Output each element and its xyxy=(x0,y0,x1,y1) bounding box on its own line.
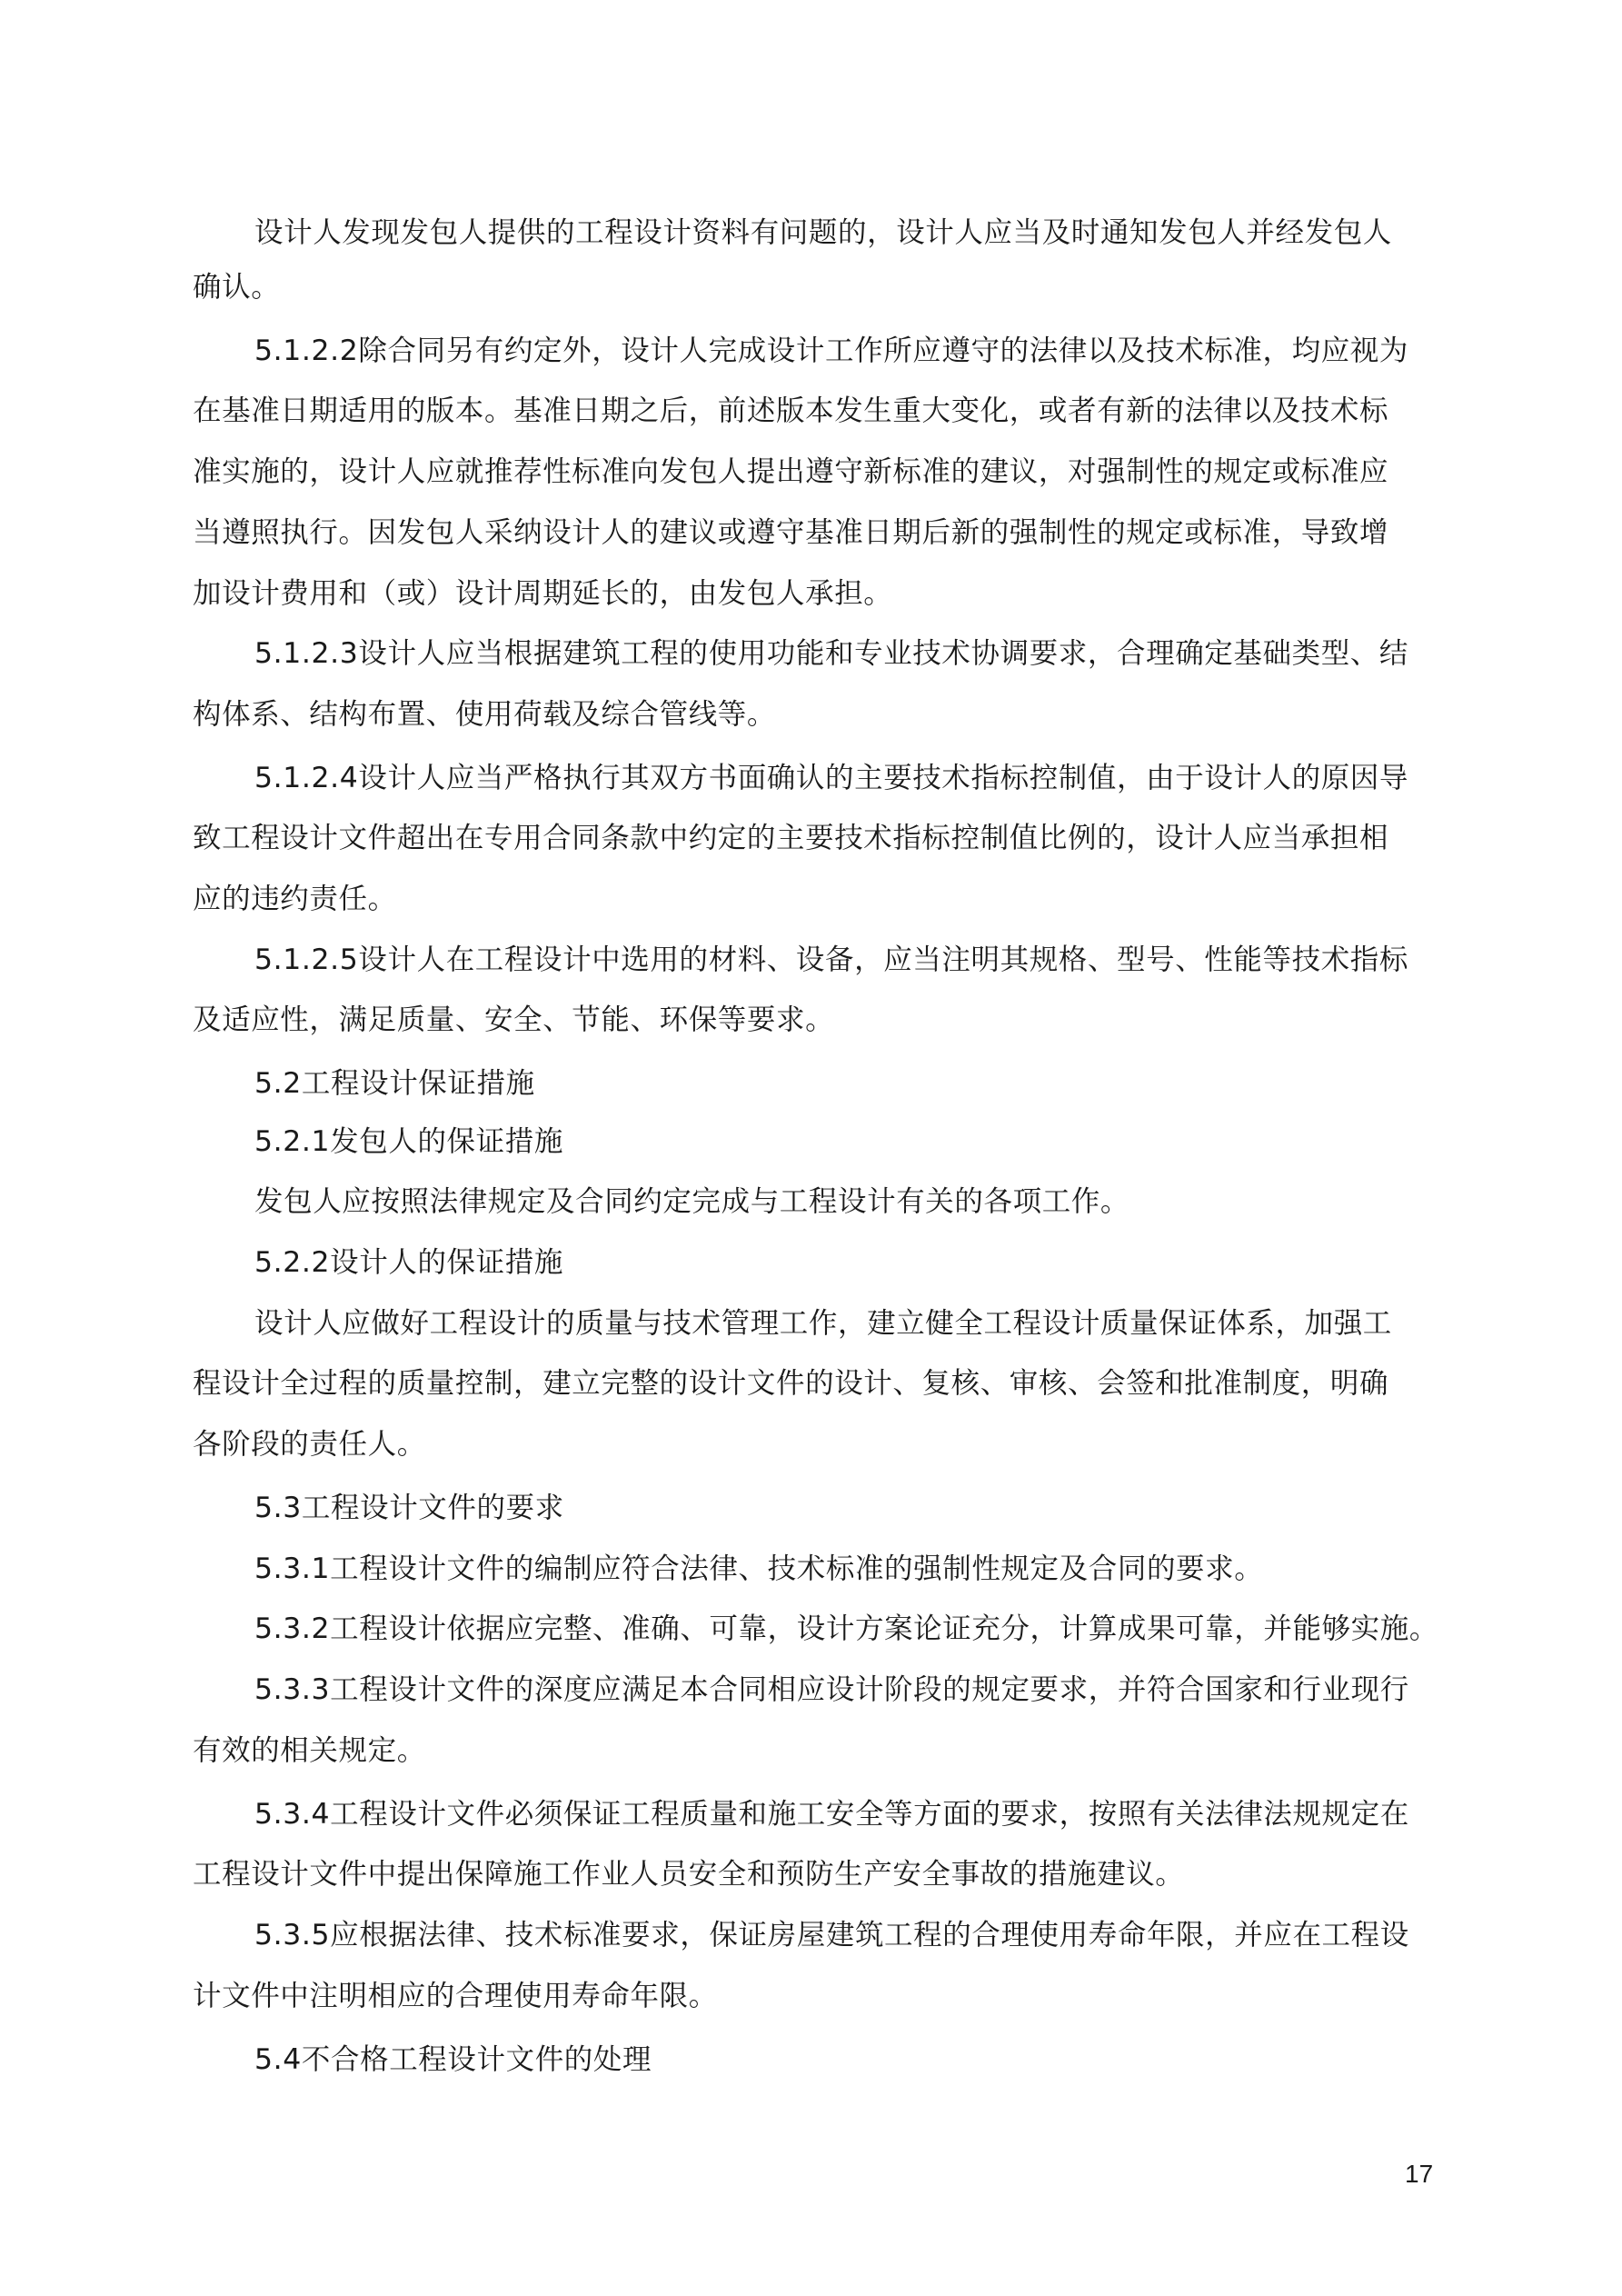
text-line: 发包人应按照法律规定及合同约定完成与工程设计有关的各项工作。 xyxy=(254,1183,1129,1220)
text-line: 5.4不合格工程设计文件的处理 xyxy=(254,2041,652,2078)
text-line: 5.3.3工程设计文件的深度应满足本合同相应设计阶段的规定要求，并符合国家和行业… xyxy=(254,1672,1409,1708)
text-line: 加设计费用和（或）设计周期延长的，由发包人承担。 xyxy=(193,575,892,612)
text-line: 5.3.4工程设计文件必须保证工程质量和施工安全等方面的要求，按照有关法律法规规… xyxy=(254,1796,1409,1832)
text-line: 5.1.2.2除合同另有约定外，设计人完成设计工作所应遵守的法律以及技术标准，均… xyxy=(254,333,1408,369)
text-line: 构体系、结构布置、使用荷载及综合管线等。 xyxy=(193,696,776,733)
text-line: 及适应性，满足质量、安全、节能、环保等要求。 xyxy=(193,1002,834,1038)
text-line: 计文件中注明相应的合理使用寿命年限。 xyxy=(193,1978,718,2014)
text-line: 设计人应做好工程设计的质量与技术管理工作，建立健全工程设计质量保证体系，加强工 xyxy=(254,1305,1392,1342)
text-line: 5.1.2.4设计人应当严格执行其双方书面确认的主要技术指标控制值，由于设计人的… xyxy=(254,760,1408,796)
text-line: 5.1.2.3设计人应当根据建筑工程的使用功能和专业技术协调要求，合理确定基础类… xyxy=(254,635,1408,672)
text-line: 5.2工程设计保证措施 xyxy=(254,1065,535,1102)
text-line: 当遵照执行。因发包人采纳设计人的建议或遵守基准日期后新的强制性的规定或标准，导致… xyxy=(193,514,1388,551)
text-line: 准实施的，设计人应就推荐性标准向发包人提出遵守新标准的建议，对强制性的规定或标准… xyxy=(193,454,1388,490)
text-line: 致工程设计文件超出在专用合同条款中约定的主要技术指标控制值比例的，设计人应当承担… xyxy=(193,820,1388,856)
text-line: 在基准日期适用的版本。基准日期之后，前述版本发生重大变化，或者有新的法律以及技术… xyxy=(193,393,1388,429)
text-line: 确认。 xyxy=(193,269,280,305)
text-line: 5.3.5应根据法律、技术标准要求，保证房屋建筑工程的合理使用寿命年限，并应在工… xyxy=(254,1917,1409,1953)
text-line: 5.3工程设计文件的要求 xyxy=(254,1490,564,1526)
text-line: 设计人发现发包人提供的工程设计资料有问题的，设计人应当及时通知发包人并经发包人 xyxy=(254,215,1392,251)
text-line: 5.2.1发包人的保证措施 xyxy=(254,1123,563,1160)
text-line: 应的违约责任。 xyxy=(193,881,397,917)
text-line: 5.3.1工程设计文件的编制应符合法律、技术标准的强制性规定及合同的要求。 xyxy=(254,1551,1263,1587)
text-line: 有效的相关规定。 xyxy=(193,1732,426,1769)
text-line: 5.3.2工程设计依据应完整、准确、可靠，设计方案论证充分，计算成果可靠，并能够… xyxy=(254,1611,1438,1647)
text-line: 程设计全过程的质量控制，建立完整的设计文件的设计、复核、审核、会签和批准制度，明… xyxy=(193,1365,1388,1402)
text-line: 5.2.2设计人的保证措施 xyxy=(254,1244,563,1281)
page-number: 17 xyxy=(1405,2160,1433,2189)
text-line: 5.1.2.5设计人在工程设计中选用的材料、设备，应当注明其规格、型号、性能等技… xyxy=(254,942,1408,978)
text-line: 工程设计文件中提出保障施工作业人员安全和预防生产安全事故的措施建议。 xyxy=(193,1856,1184,1892)
text-line: 各阶段的责任人。 xyxy=(193,1426,426,1462)
